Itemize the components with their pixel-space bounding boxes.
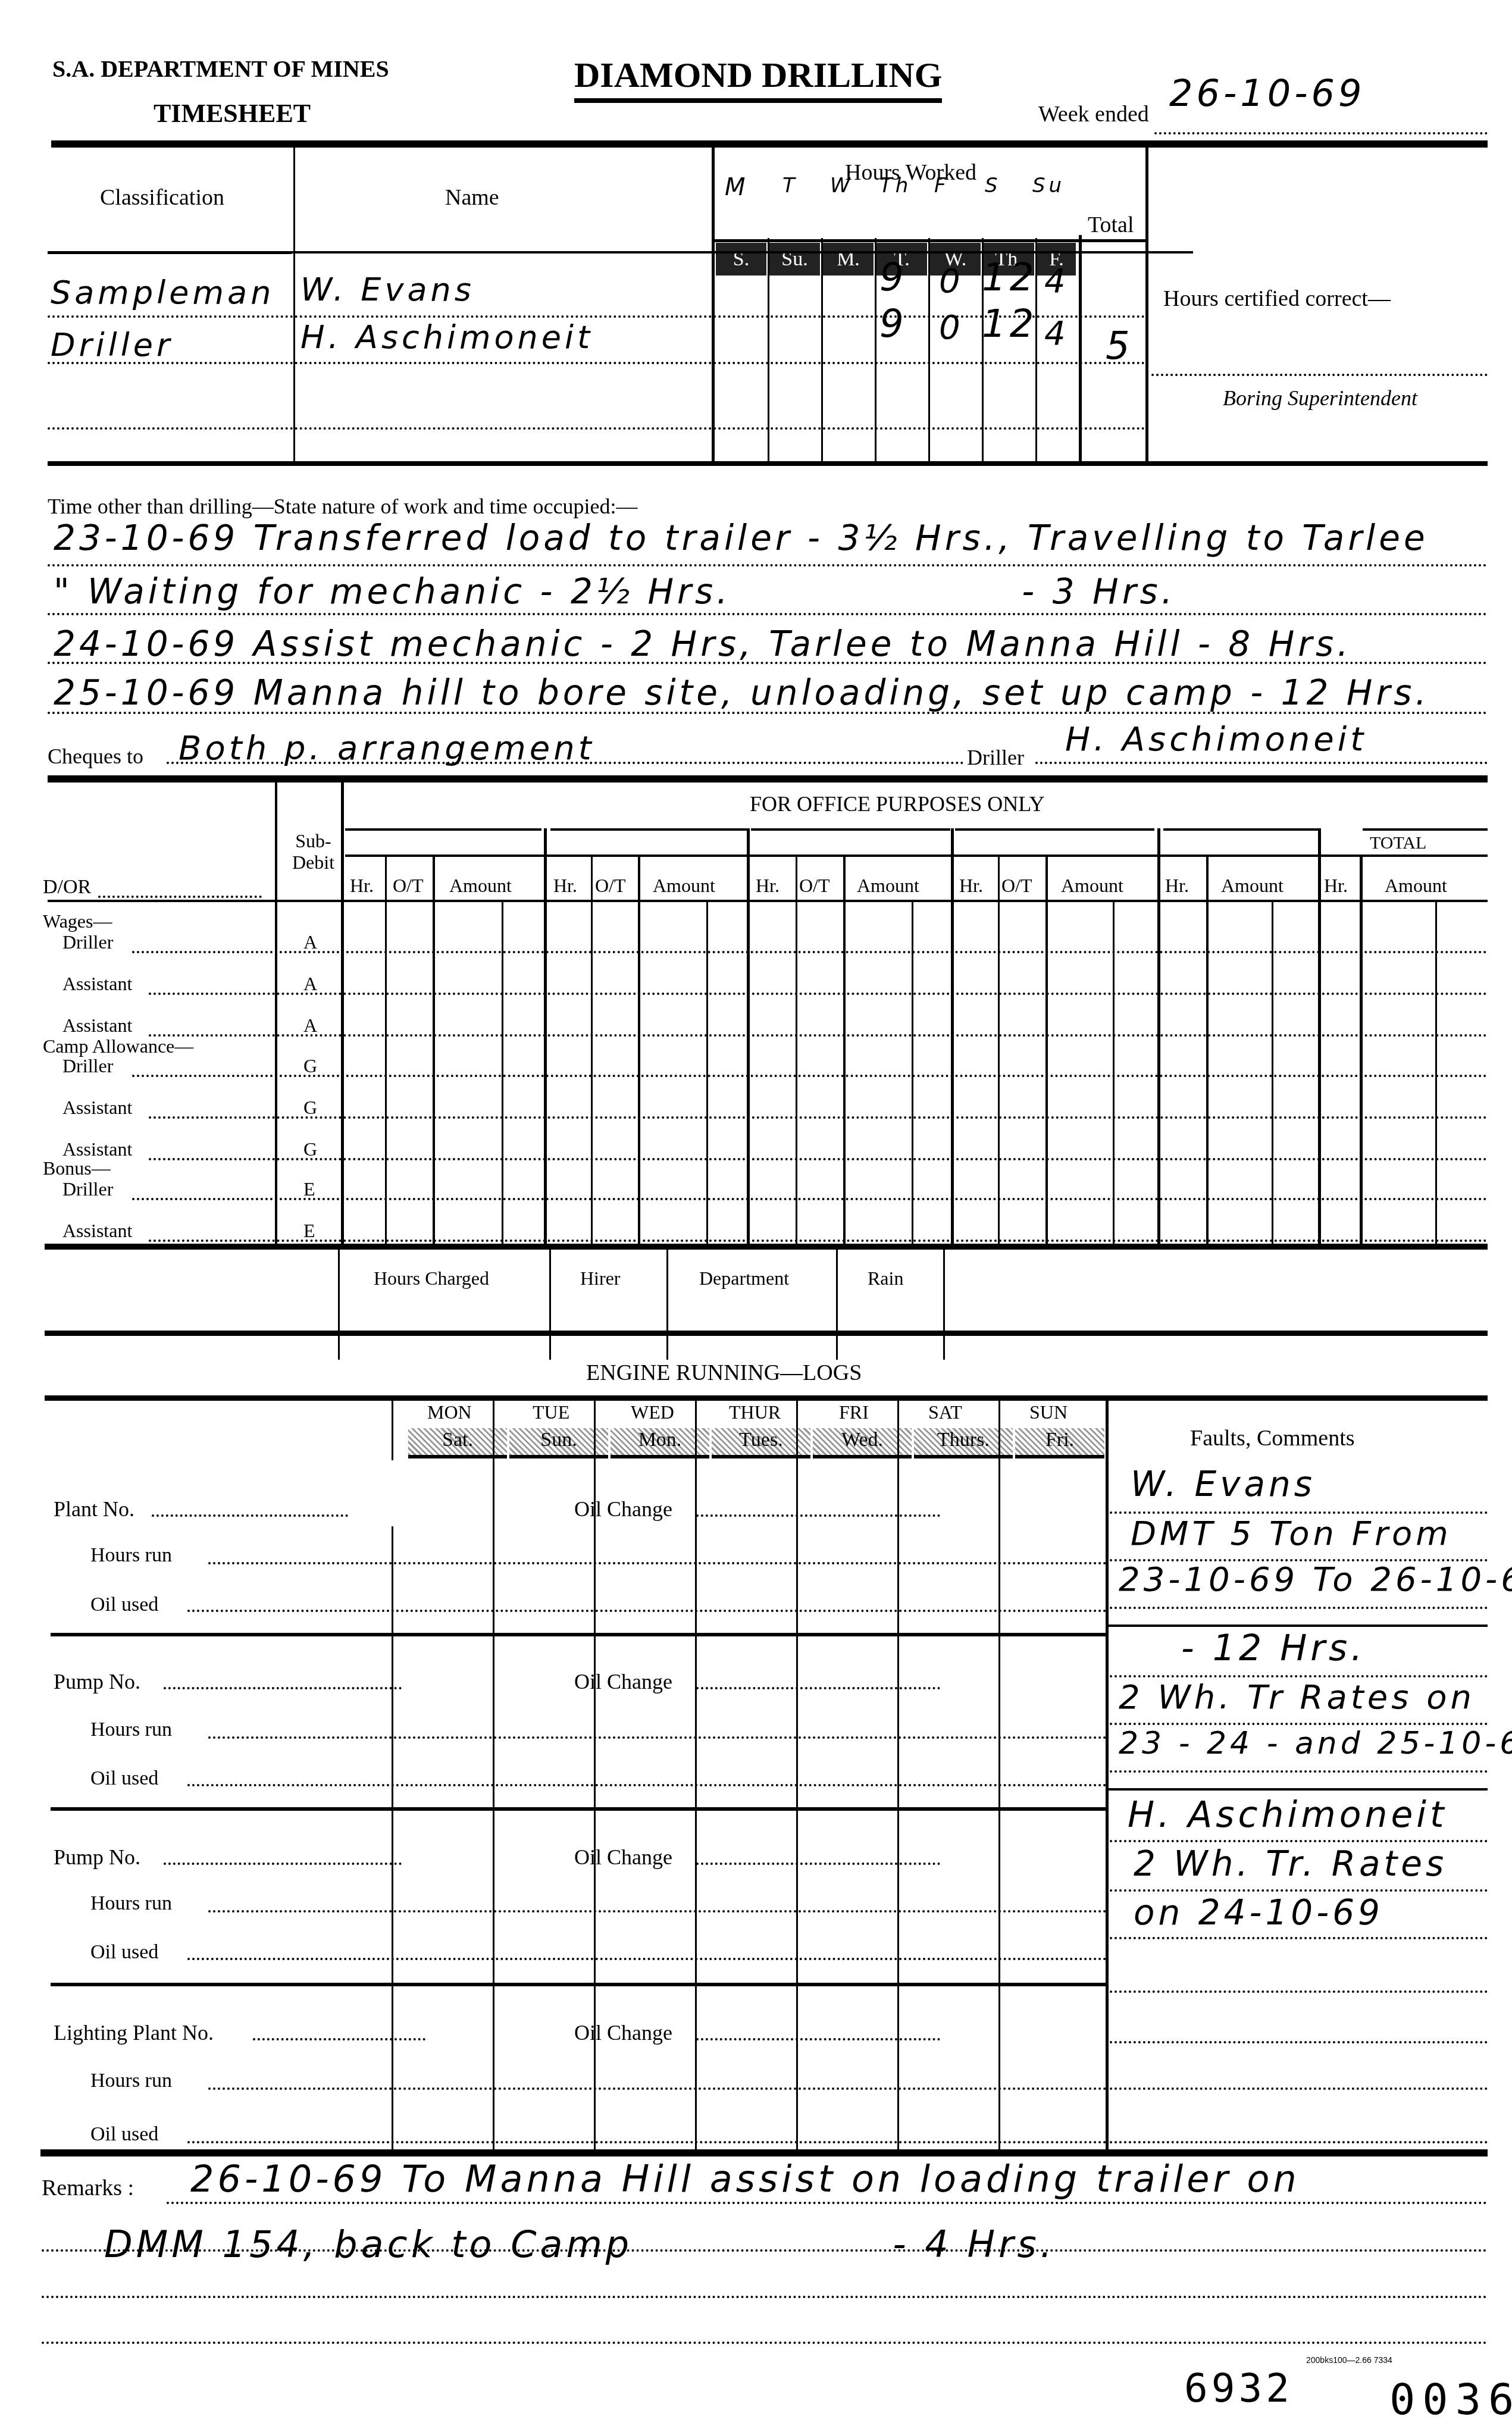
- sub-debit-code: E: [303, 1178, 315, 1200]
- faults-label: Faults, Comments: [1190, 1425, 1355, 1451]
- col-divider: [275, 780, 277, 1244]
- write-line: [48, 564, 1488, 566]
- write-line: [208, 2087, 1107, 2090]
- col-divider: [666, 1250, 668, 1360]
- row-line: [132, 1198, 1488, 1200]
- oil-change-label: Oil Change: [574, 1669, 672, 1694]
- other-time-label: Time other than drilling—State nature of…: [48, 494, 637, 519]
- write-line: [1110, 1889, 1488, 1892]
- group-line: [955, 828, 1154, 831]
- col-divider: [338, 1250, 340, 1360]
- sub-debit-code: A: [303, 973, 317, 995]
- group-line: [751, 828, 950, 831]
- remarks-label: Remarks :: [42, 2175, 134, 2201]
- write-line: [1110, 2041, 1488, 2043]
- section-divider: [45, 1331, 1488, 1336]
- row-line: [149, 1240, 1488, 1242]
- sub-debit-code: G: [303, 1055, 317, 1077]
- page-title: DIAMOND DRILLING: [574, 55, 942, 103]
- row-line: [132, 951, 1488, 953]
- row-line: [132, 1075, 1488, 1077]
- sub-divider: [998, 855, 1000, 1245]
- sub-divider: [385, 855, 387, 1245]
- oil-change-label: Oil Change: [574, 2020, 672, 2045]
- hours-cell[interactable]: 12: [982, 256, 1037, 300]
- other-time-line[interactable]: 24-10-69 Assist mechanic - 2 Hrs, Tarlee…: [54, 624, 1352, 664]
- write-line: [1110, 1675, 1488, 1677]
- hours-cell[interactable]: 4: [1044, 262, 1069, 301]
- day-divider: [897, 1401, 899, 2151]
- group-label: Camp Allowance—: [43, 1035, 193, 1057]
- group-divider: [544, 828, 547, 1245]
- row-classification[interactable]: Driller: [51, 326, 173, 364]
- row-label: Driller: [62, 931, 113, 953]
- sub-divider: [638, 855, 640, 1245]
- comment-divider: [1108, 1625, 1488, 1627]
- remarks-line[interactable]: 26-10-69 To Manna Hill assist on loading…: [190, 2157, 1300, 2201]
- hours-run-label: Hours run: [90, 1892, 172, 1915]
- write-line: [187, 1610, 1107, 1612]
- comment-line[interactable]: 2 Wh. Tr. Rates: [1134, 1843, 1447, 1884]
- day-lower: Fri.: [1015, 1428, 1104, 1458]
- hours-cell[interactable]: 9: [879, 302, 907, 346]
- col-total: Total: [1088, 212, 1134, 238]
- department-name: S.A. DEPARTMENT OF MINES: [52, 55, 389, 83]
- col-classification: Classification: [100, 184, 224, 211]
- section-line: [51, 1807, 1107, 1811]
- col-divider: [712, 146, 715, 461]
- row-line: [149, 1034, 1488, 1037]
- day-divider: [392, 1526, 393, 2151]
- day-header: Su.: [769, 243, 820, 276]
- write-line: [167, 2202, 1488, 2204]
- write-line: [1110, 1770, 1488, 1773]
- group-line: [550, 828, 747, 831]
- write-line: [208, 1910, 1107, 1913]
- write-line: [187, 2141, 1107, 2143]
- engine-logs-title: ENGINE RUNNING—LOGS: [586, 1360, 862, 1386]
- group-line: [1363, 828, 1488, 831]
- oil-used-label: Oil used: [90, 1767, 158, 1790]
- write-line: [152, 1514, 348, 1517]
- col-name: Name: [445, 184, 499, 211]
- day-upper: SUN: [1029, 1401, 1068, 1423]
- oil-change-label: Oil Change: [574, 1845, 672, 1870]
- hours-run-label: Hours run: [90, 1719, 172, 1741]
- oil-used-label: Oil used: [90, 1594, 158, 1616]
- write-line: [98, 896, 262, 898]
- sub-divider: [433, 855, 435, 1245]
- subheader-line: [714, 239, 1148, 242]
- hours-cell[interactable]: 0: [939, 308, 964, 347]
- faults-divider: [1106, 1401, 1109, 2151]
- col-hr: Hr.: [756, 875, 780, 897]
- write-line: [164, 1863, 402, 1865]
- day-letter: S: [985, 174, 1001, 198]
- row-label: Driller: [62, 1055, 113, 1077]
- other-time-line[interactable]: 23-10-69 Transferred load to trailer - 3…: [54, 518, 1429, 558]
- cheques-label: Cheques to: [48, 744, 143, 769]
- pump-no-label: Pump No.: [54, 1845, 140, 1870]
- comment-line[interactable]: - 12 Hrs.: [1181, 1627, 1366, 1669]
- write-line: [167, 762, 964, 764]
- day-upper: WED: [631, 1401, 674, 1423]
- section-divider: [45, 1395, 1488, 1401]
- write-line: [164, 1687, 402, 1689]
- total-label: TOTAL: [1370, 833, 1426, 853]
- comment-line[interactable]: 23-10-69 To 26-10-69: [1119, 1560, 1512, 1599]
- col-divider: [943, 1250, 945, 1360]
- row-line: [149, 993, 1488, 995]
- col-hr: Hr.: [959, 875, 983, 897]
- group-label: Bonus—: [43, 1157, 111, 1179]
- dor-label: D/OR: [43, 876, 91, 899]
- write-line: [1110, 1723, 1488, 1725]
- group-divider: [1318, 828, 1321, 1245]
- row-line: [48, 362, 1145, 364]
- day-upper: THUR: [729, 1401, 781, 1423]
- comment-line[interactable]: W. Evans: [1131, 1464, 1316, 1504]
- row-classification[interactable]: Sampleman: [51, 274, 274, 311]
- write-line: [208, 1736, 1107, 1739]
- remarks-line[interactable]: DMM 154, back to Camp - 4 Hrs.: [104, 2223, 1056, 2266]
- col-divider: [836, 1250, 838, 1360]
- driller-label: Driller: [967, 745, 1024, 770]
- hours-cell[interactable]: 12: [982, 302, 1037, 346]
- oil-used-label: Oil used: [90, 1941, 158, 1964]
- section-divider: [48, 461, 1488, 466]
- write-line: [1110, 1840, 1488, 1842]
- day-letter: Th: [879, 174, 912, 198]
- pump-no-label: Pump No.: [54, 1669, 140, 1694]
- write-line: [1035, 762, 1488, 764]
- write-line: [696, 2038, 940, 2040]
- day-divider: [998, 1401, 1000, 2151]
- office-title: FOR OFFICE PURPOSES ONLY: [750, 791, 1045, 816]
- write-line: [187, 1958, 1107, 1960]
- hours-cell[interactable]: 0: [939, 262, 964, 301]
- day-header: S.: [716, 243, 766, 276]
- group-divider: [1157, 828, 1160, 1245]
- row-label: Assistant: [62, 1097, 132, 1119]
- write-line: [696, 1687, 940, 1689]
- print-reference: 200bks100—2.66 7334: [1306, 2355, 1392, 2365]
- col-hr: Hr.: [350, 875, 374, 897]
- subheader-line: [345, 855, 1488, 857]
- day-header: M.: [823, 243, 874, 276]
- row-label: Assistant: [62, 1220, 132, 1242]
- other-time-line[interactable]: 25-10-69 Manna hill to bore site, unload…: [54, 672, 1430, 713]
- write-line: [42, 2249, 1488, 2252]
- day-upper: FRI: [839, 1401, 869, 1423]
- write-line: [208, 1562, 1107, 1564]
- header-bottom-line: [48, 251, 292, 254]
- row-label: Assistant: [62, 1015, 132, 1037]
- comment-line[interactable]: 23 - 24 - and 25-10-69: [1119, 1726, 1512, 1761]
- day-letter: M: [725, 174, 749, 201]
- col-ot: O/T: [393, 875, 424, 897]
- col-hr: Hr.: [553, 875, 577, 897]
- day-letter: F: [934, 174, 950, 198]
- sub-debit-code: E: [303, 1220, 315, 1242]
- header-divider: [51, 140, 1488, 148]
- day-divider: [695, 1401, 697, 2151]
- sub-divider: [1045, 855, 1048, 1245]
- week-ended-underline: [1154, 132, 1488, 134]
- sub-debit-code: A: [303, 931, 317, 953]
- hours-certified-label: Hours certified correct—: [1163, 286, 1391, 312]
- hours-run-label: Hours run: [90, 1544, 172, 1567]
- day-upper: SAT: [928, 1401, 962, 1423]
- section-divider: [45, 1244, 1488, 1250]
- group-divider: [747, 828, 750, 1245]
- day-letter: W: [830, 174, 854, 198]
- day-divider: [392, 1401, 393, 1460]
- comment-divider: [1108, 1788, 1488, 1791]
- day-upper: TUE: [533, 1401, 569, 1423]
- sub-divider: [1206, 855, 1209, 1245]
- group-line: [345, 828, 541, 831]
- col-amount: Amount: [653, 875, 715, 897]
- col-divider: [1145, 146, 1148, 461]
- write-line: [48, 662, 1488, 664]
- row-label: Assistant: [62, 973, 132, 995]
- oil-change-label: Oil Change: [574, 1497, 672, 1522]
- sub-divider: [843, 855, 846, 1245]
- write-line: [48, 712, 1488, 714]
- day-divider: [493, 1401, 494, 2151]
- group-label: Wages—: [43, 910, 112, 932]
- hours-run-label: Hours run: [90, 2070, 172, 2092]
- day-letter: T: [782, 174, 799, 198]
- row-name[interactable]: W. Evans: [300, 271, 475, 308]
- rain-label: Rain: [868, 1267, 903, 1289]
- row-line: [48, 427, 1145, 430]
- row-label: Driller: [62, 1178, 113, 1200]
- boring-superintendent-label: Boring Superintendent: [1223, 386, 1417, 411]
- col-amount: Amount: [857, 875, 919, 897]
- comment-line[interactable]: H. Aschimoneit: [1128, 1794, 1448, 1836]
- col-amount: Amount: [1385, 875, 1447, 897]
- day-divider: [796, 1401, 798, 2151]
- lighting-plant-no-label: Lighting Plant No.: [54, 2020, 214, 2045]
- signature-line: [1151, 374, 1488, 376]
- day-upper: MON: [427, 1401, 472, 1423]
- write-line: [1110, 1937, 1488, 1939]
- write-line: [696, 1863, 940, 1865]
- col-amount: Amount: [1061, 875, 1123, 897]
- section-divider: [48, 775, 1488, 783]
- sub-debit-label: Sub-Debit: [285, 830, 342, 873]
- col-ot: O/T: [595, 875, 626, 897]
- sub-divider: [591, 855, 593, 1245]
- col-ot: O/T: [1001, 875, 1032, 897]
- row-line: [149, 1158, 1488, 1160]
- hirer-label: Hirer: [580, 1267, 621, 1289]
- write-line: [696, 1514, 940, 1517]
- col-divider: [549, 1250, 551, 1360]
- form-code: 6932: [1184, 2365, 1293, 2411]
- plant-no-label: Plant No.: [54, 1497, 134, 1522]
- write-line: [1110, 2087, 1488, 2090]
- oil-used-label: Oil used: [90, 2123, 158, 2146]
- form-type: TIMESHEET: [154, 98, 311, 129]
- col-hr: Hr.: [1324, 875, 1348, 897]
- total-cell[interactable]: 5: [1106, 324, 1134, 368]
- row-name[interactable]: H. Aschimoneit: [300, 318, 593, 356]
- driller-signature[interactable]: H. Aschimoneit: [1065, 720, 1367, 759]
- week-ended-value[interactable]: 26-10-69: [1169, 71, 1365, 115]
- comment-line[interactable]: on 24-10-69: [1134, 1892, 1383, 1933]
- group-divider: [951, 828, 954, 1245]
- col-hr: Hr.: [1165, 875, 1189, 897]
- write-line: [48, 613, 1488, 615]
- sub-debit-code: A: [303, 1015, 317, 1037]
- group-line: [1163, 828, 1321, 831]
- write-line: [253, 2038, 425, 2040]
- day-divider: [594, 1401, 596, 2151]
- col-amount: Amount: [1221, 875, 1284, 897]
- hours-cell[interactable]: 4: [1044, 314, 1069, 353]
- write-line: [1110, 2141, 1488, 2143]
- week-ended-label: Week ended: [1038, 101, 1149, 127]
- col-amount: Amount: [449, 875, 512, 897]
- col-ot: O/T: [799, 875, 830, 897]
- sub-debit-code: G: [303, 1097, 317, 1119]
- day-letter: Su: [1032, 174, 1065, 198]
- group-divider: [1360, 855, 1363, 1245]
- section-line: [51, 1983, 1107, 1986]
- col-divider: [293, 146, 295, 461]
- write-line: [1110, 1511, 1488, 1514]
- write-line: [42, 2342, 1488, 2344]
- write-line: [42, 2296, 1488, 2298]
- sub-divider: [796, 855, 797, 1245]
- sub-debit-code: G: [303, 1138, 317, 1160]
- department-label: Department: [699, 1267, 789, 1289]
- serial-number: 0036: [1389, 2374, 1512, 2424]
- write-line: [1110, 1607, 1488, 1609]
- row-line: [48, 315, 1145, 318]
- section-line: [51, 1633, 1107, 1636]
- comment-line[interactable]: DMT 5 Ton From: [1131, 1514, 1452, 1553]
- write-line: [187, 1784, 1107, 1786]
- hours-charged-label: Hours Charged: [374, 1267, 489, 1289]
- section-divider: [40, 2149, 1488, 2156]
- comment-line[interactable]: 2 Wh. Tr Rates on: [1119, 1678, 1475, 1717]
- other-time-line[interactable]: " Waiting for mechanic - 2½ Hrs. - 3 Hrs…: [54, 571, 1176, 612]
- hours-cell[interactable]: 9: [879, 256, 907, 300]
- write-line: [1110, 1990, 1488, 1993]
- row-line: [149, 1116, 1488, 1119]
